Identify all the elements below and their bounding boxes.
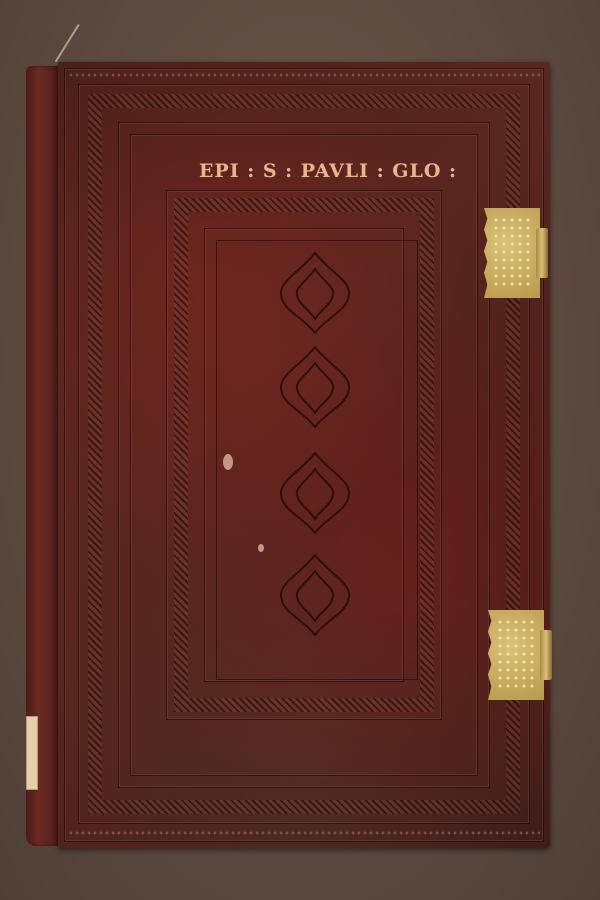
- brass-clasp-bottom: [488, 610, 546, 700]
- wear-mark: [223, 454, 233, 470]
- clasp-hinge: [536, 228, 548, 278]
- brass-clasp-top: [484, 208, 542, 298]
- wear-mark: [258, 544, 264, 552]
- book: EPI : S : PAVLI : GLO :: [26, 62, 556, 852]
- front-cover: EPI : S : PAVLI : GLO :: [58, 62, 550, 848]
- ornament-icon: [277, 251, 353, 335]
- ornament-icon: [277, 451, 353, 535]
- book-spine: [26, 66, 62, 846]
- loose-thread: [55, 24, 80, 62]
- center-panel: [216, 240, 418, 680]
- bottom-bead-border: [68, 830, 540, 836]
- spine-label: [26, 716, 38, 790]
- cover-title: EPI : S : PAVLI : GLO :: [198, 160, 458, 182]
- ornament-icon: [277, 553, 353, 637]
- ornament-icon: [277, 345, 353, 429]
- top-bead-border: [68, 72, 540, 78]
- clasp-hinge: [540, 630, 552, 680]
